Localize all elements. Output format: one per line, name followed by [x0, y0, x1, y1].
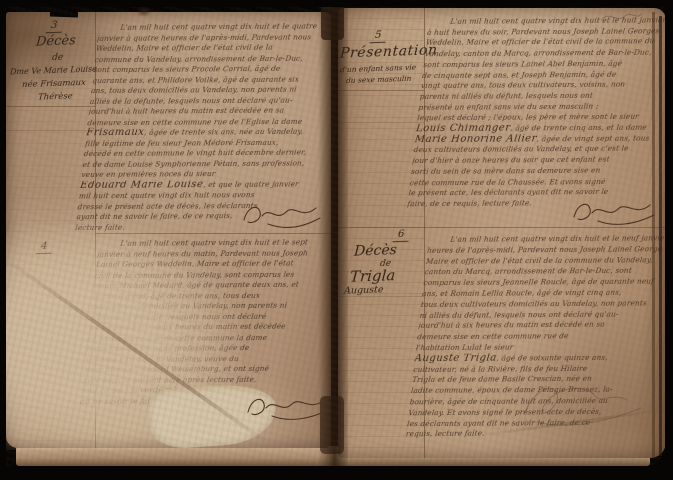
scan-frame-right: [665, 0, 673, 480]
text-line: Frisamaux, âgée de trente six ans, née a…: [86, 126, 320, 138]
margin-note-de: de: [52, 53, 64, 63]
margin-note-deces-title: Décès: [35, 33, 76, 49]
act-number-5: 5: [370, 30, 387, 42]
act-number-5-value: 5: [369, 30, 386, 44]
left-act-separator: [95, 233, 331, 234]
margin-note-deces6-name: Trigla: [349, 266, 396, 286]
act-number-3-value: 3: [45, 20, 62, 34]
emphasized-name: Auguste Trigla: [414, 352, 497, 364]
text-line: janvier à quatre heures de l'après-midi,…: [97, 32, 331, 44]
text-line: Vandelay, canton du Marcq, arrondissemen…: [424, 47, 661, 59]
emphasized-name: Frisamaux: [86, 127, 145, 138]
ink-spot: [136, 6, 152, 17]
act-number-6-value: 6: [392, 229, 409, 243]
page-stack-edge-2: [659, 16, 662, 456]
text-line: commune du Vandelay, arrondissement de B…: [94, 53, 328, 65]
margin-note-deces6-title: Décès: [353, 242, 397, 260]
text-line: tous deux cultivateurs domiciliés au Van…: [420, 298, 657, 310]
text-line: et de dame Louise Symphorienne Pétain, s…: [82, 158, 316, 170]
left-margin-divider: [6, 106, 95, 107]
act-4-text: L'an mil huit cent quatre vingt dix huit…: [80, 237, 332, 407]
margin-note-deces6-firstname: Auguste: [344, 284, 384, 296]
text-line: sieurs Michael Médard, âgé de quarante d…: [93, 279, 327, 291]
signature-act-3: [236, 198, 324, 228]
text-line: deux cultivateurs domiciliés au Vandelay…: [413, 144, 650, 156]
torn-edge-notch: [50, 9, 78, 18]
page-stack-edge-1: [652, 12, 655, 458]
text-line: alliés de la défunte, lesquels nous ont …: [89, 95, 323, 107]
right-margin-divider-1: [338, 90, 424, 91]
act-number-6: 6: [393, 229, 410, 241]
text-line: vingt quatre ans, tous deux cultivateurs…: [420, 80, 657, 92]
binding-gutter-top: [321, 4, 344, 40]
right-margin-divider-2: [338, 122, 424, 123]
corner-paraphe: [597, 8, 643, 26]
scan-frame-left: [0, 0, 6, 480]
signature-act-5: [566, 193, 658, 227]
scan-frame-corner: [640, 442, 673, 474]
text-line: janvier à neuf heures du matin, Pardevan…: [97, 248, 331, 260]
emphasized-name: Louis Chimanger: [415, 122, 511, 134]
act-number-4: 4: [36, 241, 53, 253]
register-scan: 3 Décès de Dme Ve Marie Louise née Frisa…: [0, 0, 673, 480]
signature-act-4: [240, 388, 332, 422]
right-act-separator: [338, 227, 666, 228]
margin-note-name-line3: Thérèse: [38, 91, 73, 102]
emphasized-name: Marie Honorine Allier: [414, 133, 537, 145]
act-number-3: 3: [46, 20, 63, 32]
act-number-4-value: 4: [35, 241, 52, 255]
scan-frame-top: [0, 0, 673, 7]
scan-frame-bottom: [0, 466, 673, 480]
emphasized-name: Edouard Marie Louise: [80, 179, 204, 191]
act-5-text: L'an mil huit cent quatre vingt dix huit…: [407, 15, 665, 209]
text-line: comparus les sieurs Jeannelle Roucle, âg…: [423, 277, 660, 289]
left-margin-divider-faint: [6, 130, 95, 131]
text-line: Edouard Marie Louise, et que le quatre j…: [80, 179, 314, 191]
signature-act-6-pencil: [515, 372, 650, 432]
